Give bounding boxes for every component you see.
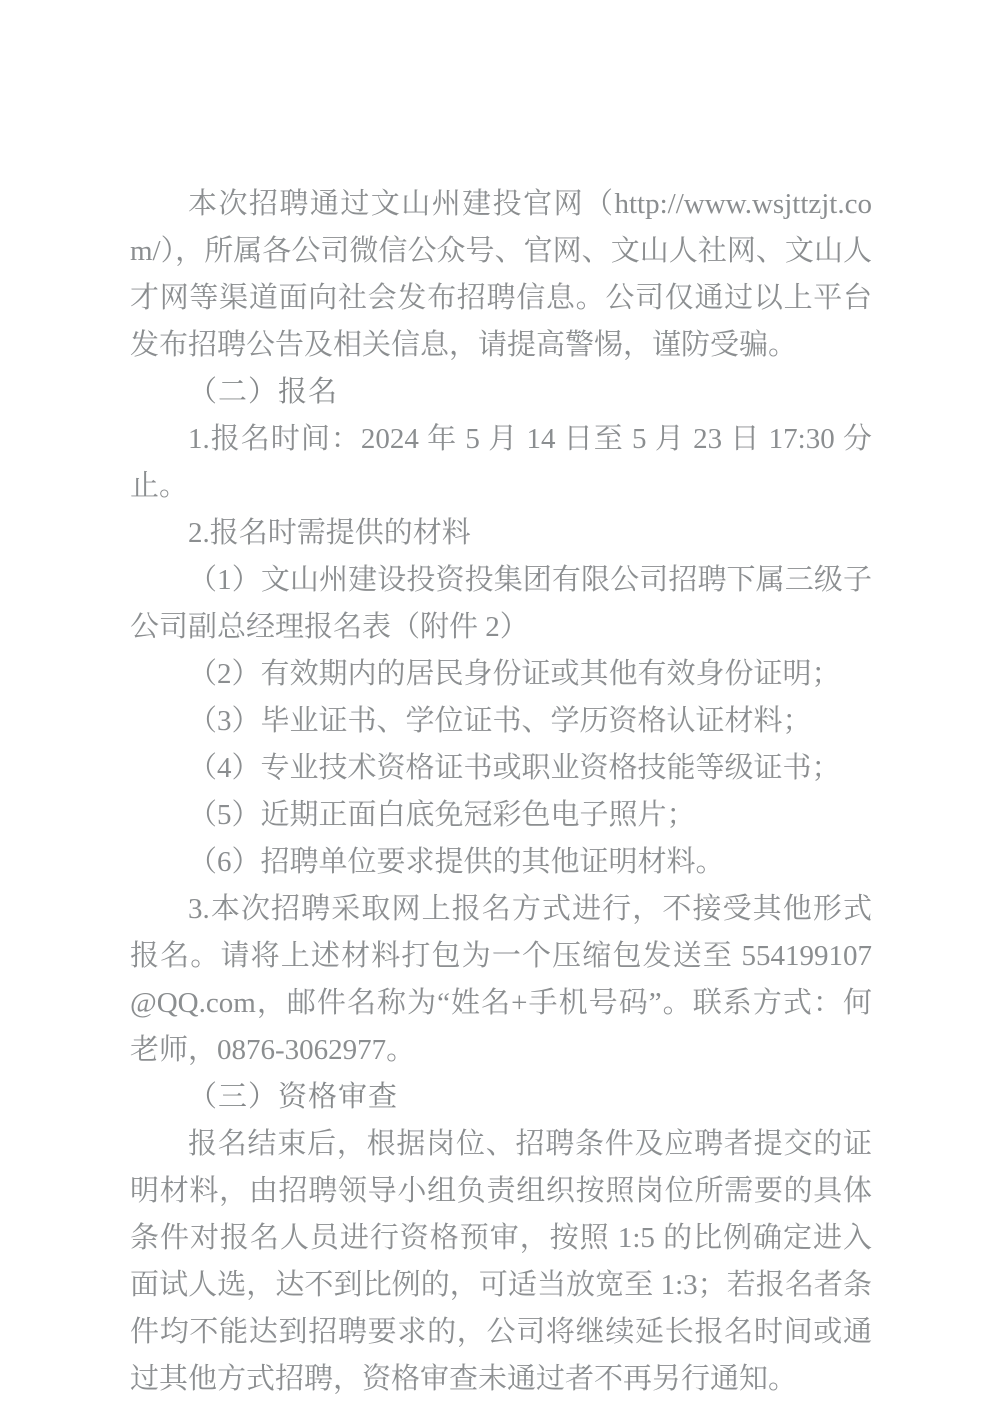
paragraph: （1）文山州建设投资投集团有限公司招聘下属三级子公司副总经理报名表（附件 2）: [130, 557, 872, 651]
paragraph: 3.本次招聘采取网上报名方式进行，不接受其他形式报名。请将上述材料打包为一个压缩…: [130, 886, 872, 1074]
document-body: 本次招聘通过文山州建投官网（http://www.wsjttzjt.com/），…: [130, 181, 872, 1403]
paragraph: （4）专业技术资格证书或职业资格技能等级证书；: [130, 745, 872, 792]
paragraph: 1.报名时间：2024 年 5 月 14 日至 5 月 23 日 17:30 分…: [130, 416, 872, 510]
section-heading: （二）报名: [130, 369, 872, 416]
document-page: 本次招聘通过文山州建投官网（http://www.wsjttzjt.com/），…: [0, 0, 1000, 1404]
paragraph: 本次招聘通过文山州建投官网（http://www.wsjttzjt.com/），…: [130, 181, 872, 369]
paragraph: （6）招聘单位要求提供的其他证明材料。: [130, 839, 872, 886]
paragraph: （3）毕业证书、学位证书、学历资格认证材料；: [130, 698, 872, 745]
paragraph: （2）有效期内的居民身份证或其他有效身份证明；: [130, 651, 872, 698]
paragraph: （5）近期正面白底免冠彩色电子照片；: [130, 792, 872, 839]
paragraph: 2.报名时需提供的材料: [130, 510, 872, 557]
paragraph: 报名结束后，根据岗位、招聘条件及应聘者提交的证明材料，由招聘领导小组负责组织按照…: [130, 1121, 872, 1403]
section-heading: （三）资格审查: [130, 1074, 872, 1121]
